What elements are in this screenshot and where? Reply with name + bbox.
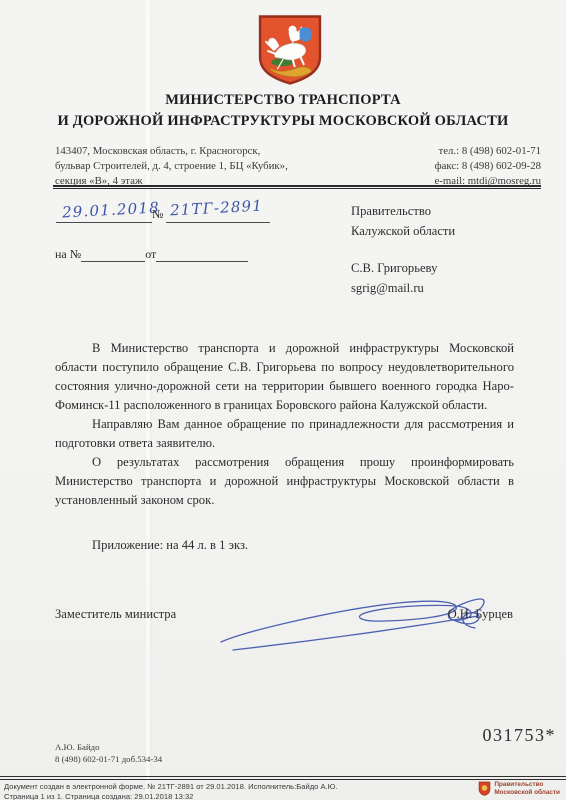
signer-position: Заместитель министра (55, 607, 176, 622)
footer-logo-line1: Правительство (494, 781, 560, 789)
footer-line1: Документ создан в электронной форме. № 2… (4, 782, 434, 792)
ministry-title-line2: И ДОРОЖНОЙ ИНФРАСТРУКТУРЫ МОСКОВСКОЙ ОБЛ… (0, 111, 566, 132)
handwritten-outgoing-number: 21ТГ-2891 (170, 197, 264, 220)
letterhead-contacts: 143407, Московская область, г. Красногор… (55, 144, 541, 188)
moscow-oblast-coat-of-arms-icon (257, 14, 323, 86)
small-coat-of-arms-icon (478, 781, 491, 796)
signer-name: О.Н. Бурцев (448, 607, 513, 622)
body-paragraph-2: Направляю Вам данное обращение по принад… (55, 415, 514, 453)
government-footer-logo: Правительство Московской области (478, 781, 560, 796)
fax-line: факс: 8 (498) 602-09-28 (435, 159, 542, 174)
letterhead-divider (53, 185, 541, 189)
footer-divider (0, 776, 566, 780)
footer-logo-line2: Московской области (494, 789, 560, 797)
recipient-org-line1: Правительство (351, 201, 455, 221)
letter-body: В Министерство транспорта и дорожной инф… (55, 339, 514, 510)
recipient-email: sgrig@mail.ru (351, 278, 455, 298)
recipient-person: С.В. Григорьеву (351, 258, 455, 278)
footer-line2: Страница 1 из 1. Страница создана: 29.01… (4, 792, 434, 800)
date-underline (56, 222, 152, 223)
ministry-title: МИНИСТЕРСТВО ТРАНСПОРТА И ДОРОЖНОЙ ИНФРА… (0, 90, 566, 132)
attachment-note: Приложение: на 44 л. в 1 экз. (92, 538, 248, 553)
scanned-letter-page: МИНИСТЕРСТВО ТРАНСПОРТА И ДОРОЖНОЙ ИНФРА… (0, 0, 566, 800)
reply-number-blank (81, 248, 145, 262)
phone-line: тел.: 8 (498) 602-01-71 (435, 144, 542, 159)
body-paragraph-3: О результатах рассмотрения обращения про… (55, 453, 514, 510)
executor-phone: 8 (498) 602-01-71 доб.534-34 (55, 754, 162, 766)
spacer (351, 241, 455, 258)
electronic-document-note: Документ создан в электронной форме. № 2… (4, 782, 434, 800)
registration-stamp-number: 031753* (483, 725, 557, 746)
recipient-block: Правительство Калужской области С.В. Гри… (351, 201, 455, 298)
number-sign: № (152, 207, 163, 222)
recipient-org-line2: Калужской области (351, 221, 455, 241)
ministry-title-line1: МИНИСТЕРСТВО ТРАНСПОРТА (0, 90, 566, 111)
reply-from-label: от (145, 247, 156, 261)
footer-logo-text: Правительство Московской области (494, 781, 560, 796)
executor-block: А.Ю. Байдо 8 (498) 602-01-71 доб.534-34 (55, 742, 162, 765)
postal-address: 143407, Московская область, г. Красногор… (55, 144, 288, 188)
body-paragraph-1: В Министерство транспорта и дорожной инф… (55, 339, 514, 415)
reply-prefix: на № (55, 247, 81, 261)
phone-email-block: тел.: 8 (498) 602-01-71 факс: 8 (498) 60… (435, 144, 542, 188)
reply-reference-line: на №от (55, 247, 248, 262)
address-line: 143407, Московская область, г. Красногор… (55, 144, 288, 159)
number-underline (166, 222, 270, 223)
executor-name: А.Ю. Байдо (55, 742, 162, 754)
handwritten-signature (213, 590, 497, 656)
address-line: бульвар Строителей, д. 4, строение 1, БЦ… (55, 159, 288, 174)
reply-date-blank (156, 248, 248, 262)
